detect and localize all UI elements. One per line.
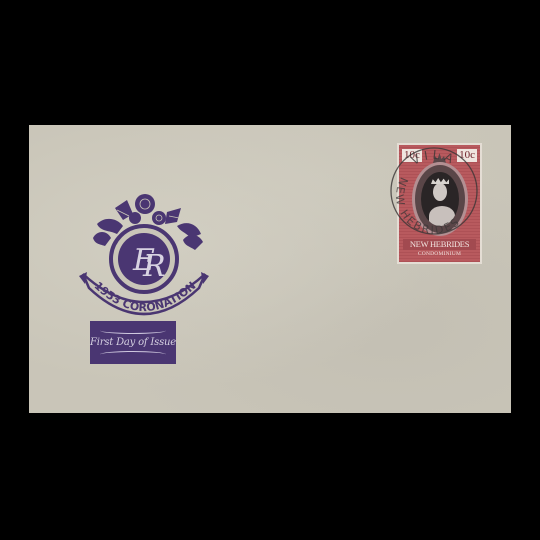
postage-stamp: 10c 10c NEW HEBRIDES CONDOMINIUM xyxy=(399,145,480,262)
svg-text:R: R xyxy=(142,249,166,284)
queen-portrait-icon xyxy=(421,172,459,226)
flourish-top xyxy=(100,327,166,334)
portrait-frame xyxy=(415,165,465,233)
first-day-of-issue-text: First Day of Issue xyxy=(90,337,176,348)
first-day-of-issue-panel: First Day of Issue xyxy=(90,321,176,364)
stamp-subtitle: CONDOMINIUM xyxy=(403,251,476,257)
cachet-emblem-icon: E R 1953 CORONATION xyxy=(77,190,212,320)
crown-icon xyxy=(433,153,446,163)
stamp-value-left: 10c xyxy=(402,149,422,162)
flourish-bottom xyxy=(100,351,166,358)
stamp-country: NEW HEBRIDES xyxy=(403,239,476,250)
stamp-value-right: 10c xyxy=(457,149,477,162)
